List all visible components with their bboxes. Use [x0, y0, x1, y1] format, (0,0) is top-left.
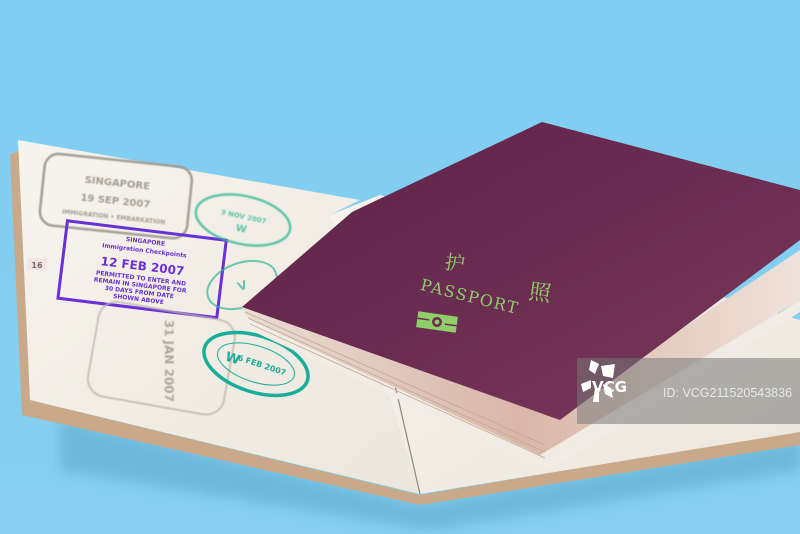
- svg-text:31 JAN 2007: 31 JAN 2007: [162, 320, 176, 402]
- svg-text:照: 照: [527, 280, 553, 308]
- passport-illustration: 16 SINGAPORE 19 SEP 2007 IMMIGRATION • E…: [0, 0, 800, 534]
- watermark-banner: VCG ID: VCG211520543836: [577, 358, 800, 424]
- vcg-logo-icon: [577, 358, 619, 404]
- photo-scene: 16 SINGAPORE 19 SEP 2007 IMMIGRATION • E…: [0, 0, 800, 534]
- svg-text:16: 16: [31, 261, 43, 270]
- page-number-label: 16: [27, 258, 47, 270]
- svg-text:W: W: [234, 223, 247, 236]
- watermark-id: ID: VCG211520543836: [663, 386, 792, 400]
- svg-text:护: 护: [443, 250, 466, 277]
